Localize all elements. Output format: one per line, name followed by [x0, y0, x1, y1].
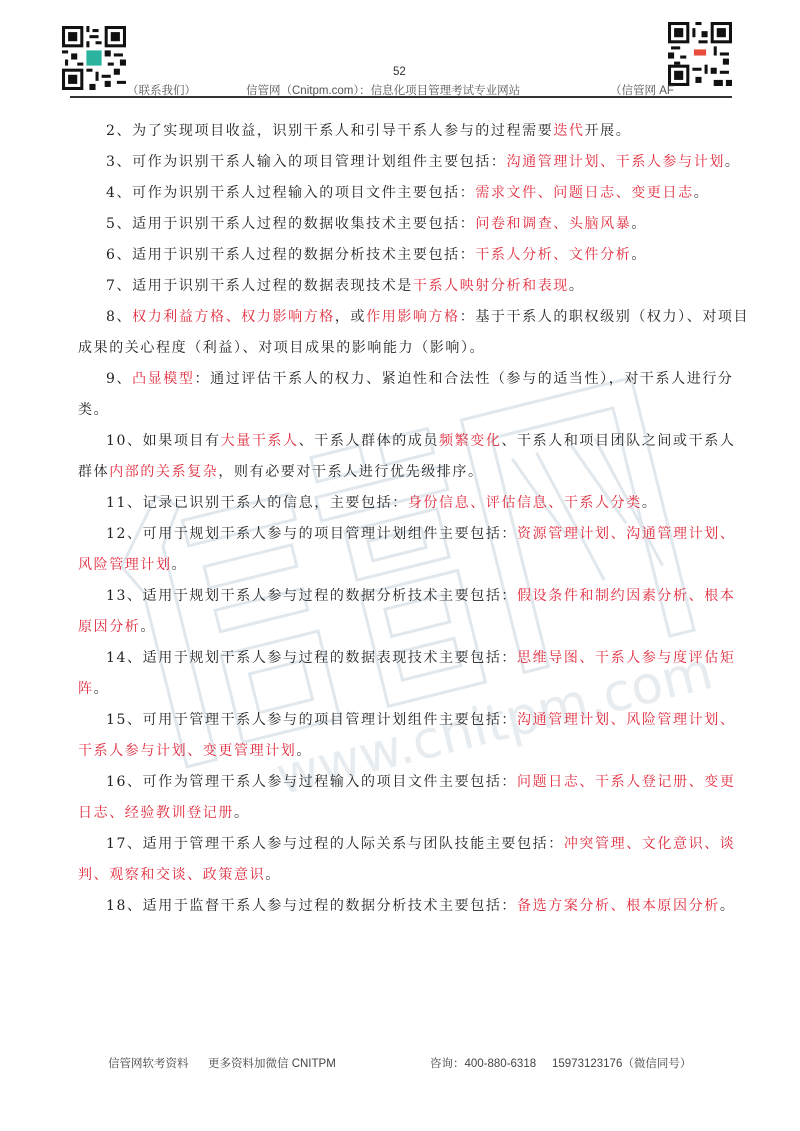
footer-wechat-label: 更多资料加微信 CNITPM: [208, 1055, 336, 1071]
highlighted-term: 沟通管理计划、干系人参与计划: [507, 154, 725, 170]
item-text: ，则有必要对干系人进行优先级排序。: [218, 464, 483, 480]
item-text: 15、可用于管理干系人参与的项目管理计划组件主要包括：: [106, 712, 517, 728]
list-item-11: 11、记录已识别干系人的信息，主要包括：身份信息、评估信息、干系人分类。: [78, 488, 750, 519]
item-text: 7、适用于识别干系人过程的数据表现技术是: [106, 278, 413, 294]
item-text: 。: [140, 619, 156, 635]
list-item-7: 7、适用于识别干系人过程的数据表现技术是干系人映射分析和表现。: [78, 271, 750, 302]
qr-code-contact[interactable]: [62, 26, 126, 90]
list-item-16: 16、可作为管理干系人参与过程输入的项目文件主要包括：问题日志、干系人登记册、变…: [78, 767, 750, 829]
item-text: 。: [94, 681, 110, 697]
highlighted-term: 内部的关系复杂: [109, 464, 218, 480]
highlighted-term: 需求文件、问题日志、变更日志: [475, 185, 693, 201]
list-item-3: 3、可作为识别干系人输入的项目管理计划组件主要包括：沟通管理计划、干系人参与计划…: [78, 147, 750, 178]
highlighted-term: 迭代: [553, 123, 584, 139]
item-text: 14、适用于规划干系人参与过程的数据表现技术主要包括：: [106, 650, 517, 666]
list-item-15: 15、可用于管理干系人参与的项目管理计划组件主要包括：沟通管理计划、风险管理计划…: [78, 705, 750, 767]
qr-code-icon: [668, 22, 732, 86]
item-text: 。: [296, 743, 312, 759]
item-text: 17、适用于管理干系人参与过程的人际关系与团队技能主要包括：: [106, 836, 564, 852]
item-text: 10、如果项目有: [106, 433, 221, 449]
list-item-4: 4、可作为识别干系人过程输入的项目文件主要包括：需求文件、问题日志、变更日志。: [78, 178, 750, 209]
item-text: 5、适用于识别干系人过程的数据收集技术主要包括：: [106, 216, 475, 232]
footer-materials-label: 信管网软考资料: [108, 1055, 189, 1071]
item-text: 2、为了实现项目收益，识别干系人和引导干系人参与的过程需要: [106, 123, 553, 139]
highlighted-term: 备选方案分析、根本原因分析: [517, 898, 720, 914]
item-text: 12、可用于规划干系人参与的项目管理计划组件主要包括：: [106, 526, 517, 542]
list-item-17: 17、适用于管理干系人参与过程的人际关系与团队技能主要包括：冲突管理、文化意识、…: [78, 829, 750, 891]
item-text: 18、适用于监督干系人参与过程的数据分析技术主要包括：: [106, 898, 517, 914]
list-item-18: 18、适用于监督干系人参与过程的数据分析技术主要包括：备选方案分析、根本原因分析…: [78, 891, 750, 922]
item-text: 。: [265, 867, 281, 883]
item-text: 。: [234, 805, 250, 821]
item-text: 。: [172, 557, 188, 573]
highlighted-term: 身份信息、评估信息、干系人分类: [408, 495, 642, 511]
item-text: 开展。: [585, 123, 632, 139]
qr-code-app[interactable]: [668, 22, 732, 86]
item-text: 6、适用于识别干系人过程的数据分析技术主要包括：: [106, 247, 475, 263]
footer-mobile-phone: 15973123176（微信同号）: [552, 1055, 691, 1071]
highlighted-term: 干系人映射分析和表现: [413, 278, 569, 294]
item-text: 3、可作为识别干系人输入的项目管理计划组件主要包括：: [106, 154, 507, 170]
item-text: 9、: [106, 371, 132, 387]
highlighted-term: 作用影响方格: [366, 309, 460, 325]
highlighted-term: 权力利益方格、权力影响方格: [132, 309, 335, 325]
list-item-6: 6、适用于识别干系人过程的数据分析技术主要包括：干系人分析、文件分析。: [78, 240, 750, 271]
highlighted-term: 凸显模型: [132, 371, 194, 387]
list-item-14: 14、适用于规划干系人参与过程的数据表现技术主要包括：思维导图、干系人参与度评估…: [78, 643, 750, 705]
item-text: 。: [720, 898, 736, 914]
item-text: 13、适用于规划干系人参与过程的数据分析技术主要包括：: [106, 588, 517, 604]
highlighted-term: 干系人分析、文件分析: [475, 247, 631, 263]
qr-code-icon: [62, 26, 126, 90]
item-text: 16、可作为管理干系人参与过程输入的项目文件主要包括：: [106, 774, 517, 790]
item-text: 。: [694, 185, 710, 201]
list-item-12: 12、可用于规划干系人参与的项目管理计划组件主要包括：资源管理计划、沟通管理计划…: [78, 519, 750, 581]
item-text: 8、: [106, 309, 132, 325]
header-divider: [70, 96, 732, 98]
list-item-10: 10、如果项目有大量干系人、干系人群体的成员频繁变化、干系人和项目团队之间或干系…: [78, 426, 750, 488]
item-text: 。: [642, 495, 658, 511]
item-text: 11、记录已识别干系人的信息，主要包括：: [106, 495, 408, 511]
item-text: 。: [569, 278, 585, 294]
highlighted-term: 问卷和调查、头脑风暴: [475, 216, 631, 232]
list-item-2: 2、为了实现项目收益，识别干系人和引导干系人参与的过程需要迭代开展。: [78, 116, 750, 147]
item-text: 。: [631, 216, 647, 232]
item-text: 、干系人群体的成员: [299, 433, 439, 449]
item-text: ，或: [335, 309, 366, 325]
page-number: 52: [393, 66, 406, 78]
list-item-5: 5、适用于识别干系人过程的数据收集技术主要包括：问卷和调查、头脑风暴。: [78, 209, 750, 240]
list-item-8: 8、权力利益方格、权力影响方格，或作用影响方格：基于干系人的职权级别（权力）、对…: [78, 302, 750, 364]
item-text: 4、可作为识别干系人过程输入的项目文件主要包括：: [106, 185, 475, 201]
highlighted-term: 频繁变化: [439, 433, 501, 449]
item-text: 。: [631, 247, 647, 263]
footer-consult-phone: 咨询：400-880-6318: [430, 1055, 536, 1071]
highlighted-term: 大量干系人: [221, 433, 299, 449]
item-text: 。: [725, 154, 741, 170]
list-item-13: 13、适用于规划干系人参与过程的数据分析技术主要包括：假设条件和制约因素分析、根…: [78, 581, 750, 643]
list-item-9: 9、凸显模型：通过评估干系人的权力、紧迫性和合法性（参与的适当性），对干系人进行…: [78, 364, 750, 426]
document-body: 2、为了实现项目收益，识别干系人和引导干系人参与的过程需要迭代开展。3、可作为识…: [78, 116, 750, 922]
